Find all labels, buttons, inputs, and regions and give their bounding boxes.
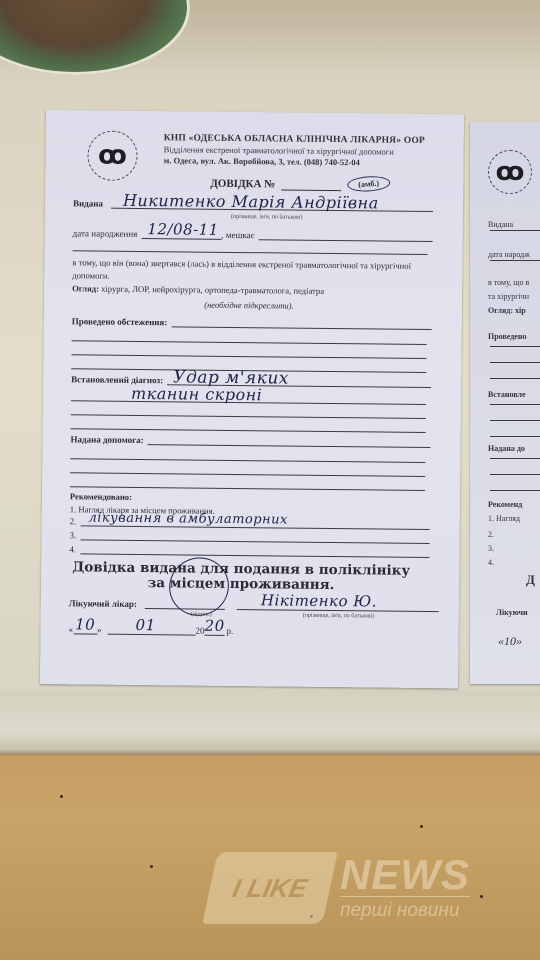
recommendation-4: 4.: [69, 542, 429, 558]
residence-label: , мешкає: [221, 230, 254, 240]
hospital-logo-icon: ꝏ: [488, 150, 532, 194]
s2-body-text: в тому, що в: [488, 278, 529, 287]
issue-date-field: « 10 » 01 20 20 р.: [69, 622, 234, 636]
doctor-field: Лікуючий лікар: Нікітенко Ю.: [69, 596, 439, 612]
doctor-label: Лікуючий лікар:: [69, 598, 137, 609]
recommendation-2: 2. лікування в амбулаторних: [70, 514, 430, 530]
diagnosis-handwritten-2: тканин скроні: [131, 384, 262, 404]
birth-date-field: дата народження 12/08-11 , мешкає: [73, 226, 433, 242]
issued-to-label: Видана: [73, 198, 103, 208]
examination-label: Проведено обстеження:: [72, 316, 168, 327]
help-provided-label: Надана допомога:: [71, 434, 144, 445]
recommendation-3: 3.: [69, 528, 429, 544]
s2-doctor-label: Лікуючи: [496, 608, 528, 617]
exam-specialists: хірурга, ЛОР, нейрохірурга, ортопеда-тра…: [101, 284, 324, 296]
date-year-prefix: 20: [196, 626, 205, 636]
watermark-logo-box: I LIKE: [202, 852, 337, 924]
s2-rec-2: 2.: [488, 530, 494, 539]
document-header: КНП «ОДЕСЬКА ОБЛАСНА КЛІНІЧНА ЛІКАРНЯ» О…: [163, 133, 453, 169]
date-suffix: р.: [227, 626, 234, 636]
plate-rim: [0, 0, 190, 75]
s2-rec-1: 1. Нагляд: [488, 514, 520, 523]
date-month: 01: [136, 616, 156, 634]
certificate-title-row: ДОВІДКА № (амб.): [210, 175, 390, 192]
s2-date: «10»: [498, 634, 522, 649]
institution-address: м. Одеса, вул. Ак. Воробйова, 3, тел. (0…: [163, 155, 453, 169]
statement-text: в тому, що він (вона) звертався (лась) в…: [72, 256, 432, 286]
exam-label: Огляд:: [72, 283, 99, 293]
s2-rec-3: 3.: [488, 544, 494, 553]
watermark-brand-right: NEWS: [340, 854, 470, 896]
second-certificate-sheet: ꝏ Видана дата народж в тому, що в та хір…: [470, 122, 540, 684]
s2-diagnosis-label: Встановле: [488, 390, 526, 399]
table-edge: [0, 690, 540, 760]
s2-body-text-2: та хірургічн: [488, 292, 529, 301]
date-day: 10: [75, 615, 95, 633]
s2-footer-notice: Д: [526, 572, 535, 588]
ambulatory-badge: (амб.): [347, 175, 391, 193]
watermark-tagline: перші новини: [340, 896, 470, 922]
medical-certificate-sheet: ꝏ КНП «ОДЕСЬКА ОБЛАСНА КЛІНІЧНА ЛІКАРНЯ»…: [40, 110, 464, 688]
issued-to-field: Видана Никитенко Марія Андріївна: [73, 196, 433, 212]
recommendation-2-handwritten: лікування в амбулаторних: [88, 510, 288, 527]
s2-issued-label: Видана: [488, 220, 513, 229]
patient-name-handwritten: Никитенко Марія Андріївна: [123, 191, 379, 213]
s2-rec-4: 4.: [488, 558, 494, 567]
hospital-logo-icon: ꝏ: [87, 130, 138, 181]
s2-recommended-label: Рекоменд: [488, 500, 522, 509]
name-caption: (прізвище, ім'я, по батькові): [231, 214, 303, 221]
examination-field: Проведено обстеження:: [72, 314, 432, 330]
birth-date-handwritten: 12/08-11: [147, 220, 219, 239]
s2-birth-label: дата народж: [488, 250, 530, 259]
birth-date-label: дата народження: [73, 228, 138, 239]
certificate-title: ДОВІДКА №: [210, 178, 275, 191]
exam-note: (необхідне підкреслити).: [44, 298, 454, 312]
date-year-handwritten: 20: [205, 617, 225, 635]
ilikenews-watermark: I LIKE NEWS перші новини: [210, 852, 470, 924]
s2-examination-label: Проведено: [488, 332, 526, 341]
s2-exam-label: Огляд: хір: [488, 306, 526, 315]
s2-help-label: Надана до: [488, 444, 525, 453]
watermark-brand-left: I LIKE: [230, 873, 310, 904]
doctor-name-handwritten: Нікітенко Ю.: [261, 591, 377, 610]
doctor-name-caption: (прізвище, ім'я, по батькові): [303, 613, 375, 620]
footer-notice-2: за місцем проживання.: [41, 575, 441, 594]
help-provided-field: Надана допомога:: [71, 432, 431, 448]
